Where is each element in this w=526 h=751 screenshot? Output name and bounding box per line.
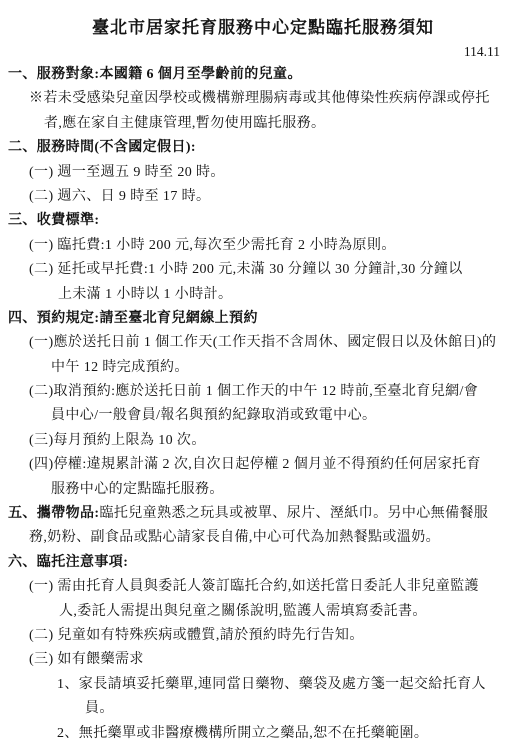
text-line: 者,應在家自主健康管理,暫勿使用臨托服務。 bbox=[0, 112, 526, 136]
text-line-segment: (二) 延托或早托費:1 小時 200 元,未滿 30 分鐘以 30 分鐘計,3… bbox=[29, 262, 463, 277]
text-line: 員中心/一般會員/報名與預約紀錄取消或致電中心。 bbox=[0, 404, 526, 428]
text-line: (四)停權:違規累計滿 2 次,自次日起停權 2 個月並不得預約任何居家托育 bbox=[0, 453, 526, 477]
text-line: 三、收費標準: bbox=[0, 209, 526, 233]
text-line: (三) 如有餵藥需求 bbox=[0, 648, 526, 672]
text-line-segment: 人,委託人需提出與兒童之關係說明,監護人需填寫委託書。 bbox=[59, 604, 427, 619]
text-line: 1、家長請填妥托藥單,連同當日藥物、藥袋及處方箋一起交給托育人 bbox=[0, 673, 526, 697]
text-line: 務,奶粉、副食品或點心請家長自備,中心可代為加熱餐點或溫奶。 bbox=[0, 526, 526, 550]
text-line: 五、攜帶物品:臨托兒童熟悉之玩具或被單、尿片、溼紙巾。另中心無備餐服 bbox=[0, 502, 526, 526]
text-line: (一)應於送托日前 1 個工作天(工作天指不含周休、國定假日以及休館日)的 bbox=[0, 331, 526, 355]
text-line-segment: (二)取消預約:應於送托日前 1 個工作天的中午 12 時前,至臺北育兒網/會 bbox=[29, 384, 478, 399]
text-line: 中午 12 時完成預約。 bbox=[0, 356, 526, 380]
text-line-segment: (四)停權:違規累計滿 2 次,自次日起停權 2 個月並不得預約任何居家托育 bbox=[29, 457, 481, 472]
text-line: (三)每月預約上限為 10 次。 bbox=[0, 429, 526, 453]
text-line-bold-segment: 三、收費標準: bbox=[8, 213, 99, 228]
text-line-segment: 務,奶粉、副食品或點心請家長自備,中心可代為加熱餐點或溫奶。 bbox=[29, 530, 440, 545]
text-line-segment: (一) 週一至週五 9 時至 20 時。 bbox=[29, 165, 225, 180]
text-line: 一、服務對象:本國籍 6 個月至學齡前的兒童。 bbox=[0, 63, 526, 87]
text-line-bold-segment: 五、攜帶物品: bbox=[8, 506, 99, 521]
text-line-bold-segment: 二、服務時間(不含國定假日): bbox=[8, 140, 196, 155]
text-line-segment: (三)每月預約上限為 10 次。 bbox=[29, 433, 206, 448]
text-line-segment: 上未滿 1 小時以 1 小時計。 bbox=[58, 287, 232, 302]
text-line-segment: (二) 兒童如有特殊疾病或體質,請於預約時先行告知。 bbox=[29, 628, 364, 643]
text-line-segment: ※若未受感染兒童因學校或機構辦理腸病毒或其他傳染性疾病停課或停托 bbox=[29, 91, 490, 106]
text-line-segment: 中午 12 時完成預約。 bbox=[51, 360, 189, 375]
document-date: 114.11 bbox=[0, 44, 526, 60]
text-line-segment: 者,應在家自主健康管理,暫勿使用臨托服務。 bbox=[44, 116, 325, 131]
text-line-segment: 員。 bbox=[85, 701, 114, 716]
text-line: 2、無托藥單或非醫療機構所開立之藥品,恕不在托藥範圍。 bbox=[0, 722, 526, 746]
text-line: (二) 兒童如有特殊疾病或體質,請於預約時先行告知。 bbox=[0, 624, 526, 648]
text-line: (一) 週一至週五 9 時至 20 時。 bbox=[0, 161, 526, 185]
text-line-segment: (一) 需由托育人員與委託人簽訂臨托合約,如送托當日委託人非兒童監護 bbox=[29, 579, 479, 594]
text-line-segment: 員中心/一般會員/報名與預約紀錄取消或致電中心。 bbox=[51, 408, 376, 423]
text-line-segment: 1、家長請填妥托藥單,連同當日藥物、藥袋及處方箋一起交給托育人 bbox=[57, 677, 486, 692]
text-line: (二) 週六、日 9 時至 17 時。 bbox=[0, 185, 526, 209]
text-line-segment: (一)應於送托日前 1 個工作天(工作天指不含周休、國定假日以及休館日)的 bbox=[29, 335, 496, 350]
text-line-segment: (二) 週六、日 9 時至 17 時。 bbox=[29, 189, 210, 204]
text-line: 上未滿 1 小時以 1 小時計。 bbox=[0, 283, 526, 307]
text-line-bold-segment: 六、臨托注意事項: bbox=[8, 555, 128, 570]
text-line: (一) 需由托育人員與委託人簽訂臨托合約,如送托當日委託人非兒童監護 bbox=[0, 575, 526, 599]
text-line-segment: 2、無托藥單或非醫療機構所開立之藥品,恕不在托藥範圍。 bbox=[57, 726, 428, 741]
text-line-bold-segment: 一、服務對象:本國籍 6 個月至學齡前的兒童。 bbox=[8, 67, 302, 82]
text-line: 四、預約規定:請至臺北育兒網線上預約 bbox=[0, 307, 526, 331]
text-line: ※若未受感染兒童因學校或機構辦理腸病毒或其他傳染性疾病停課或停托 bbox=[0, 87, 526, 111]
text-line: 服務中心的定點臨托服務。 bbox=[0, 478, 526, 502]
text-line: (二) 延托或早托費:1 小時 200 元,未滿 30 分鐘以 30 分鐘計,3… bbox=[0, 258, 526, 282]
text-line: 員。 bbox=[0, 697, 526, 721]
text-line-segment: 臨托兒童熟悉之玩具或被單、尿片、溼紙巾。另中心無備餐服 bbox=[99, 506, 488, 521]
text-line-segment: 服務中心的定點臨托服務。 bbox=[51, 482, 224, 497]
text-line-segment: (一) 臨托費:1 小時 200 元,每次至少需托育 2 小時為原則。 bbox=[29, 238, 396, 253]
text-line: 人,委託人需提出與兒童之關係說明,監護人需填寫委託書。 bbox=[0, 600, 526, 624]
text-line: (一) 臨托費:1 小時 200 元,每次至少需托育 2 小時為原則。 bbox=[0, 234, 526, 258]
text-line-segment: (三) 如有餵藥需求 bbox=[29, 652, 144, 667]
document-page: 臺北市居家托育服務中心定點臨托服務須知 114.11 一、服務對象:本國籍 6 … bbox=[0, 0, 526, 751]
text-line: 二、服務時間(不含國定假日): bbox=[0, 136, 526, 160]
text-line: (二)取消預約:應於送托日前 1 個工作天的中午 12 時前,至臺北育兒網/會 bbox=[0, 380, 526, 404]
document-body: 一、服務對象:本國籍 6 個月至學齡前的兒童。※若未受感染兒童因學校或機構辦理腸… bbox=[0, 63, 526, 746]
text-line: 六、臨托注意事項: bbox=[0, 551, 526, 575]
text-line-bold-segment: 四、預約規定:請至臺北育兒網線上預約 bbox=[8, 311, 258, 326]
page-title: 臺北市居家托育服務中心定點臨托服務須知 bbox=[0, 0, 526, 39]
